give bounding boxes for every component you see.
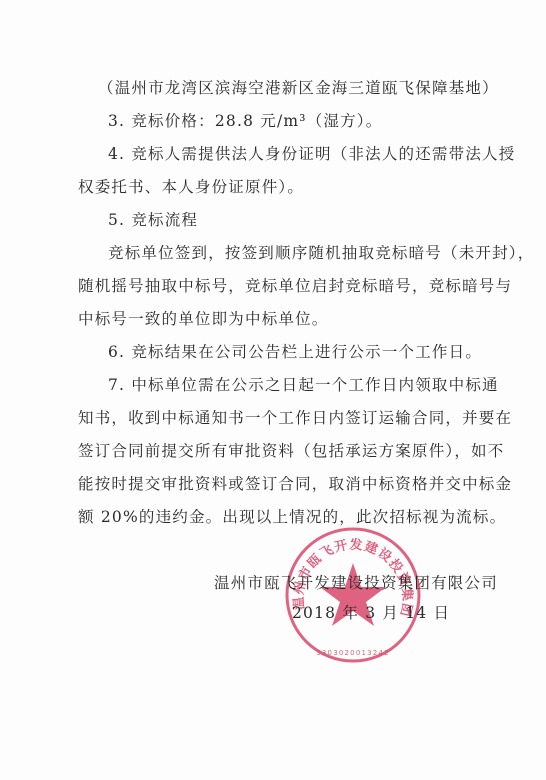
document-page: （温州市龙湾区滨海空港新区金海三道瓯飞保障基地） 3. 竞标价格：28.8 元/… [0, 0, 546, 780]
item-4-continued: 权委托书、本人身份证原件）。 [78, 175, 304, 197]
address-line: （温州市龙湾区滨海空港新区金海三道瓯飞保障基地） [98, 76, 499, 98]
item-7-text-3: 签订合同前提交所有审批资料（包括承运方案原件），如不 [78, 439, 504, 461]
signature-date: 2018 年 3 月 14 日 [292, 601, 450, 623]
item-7-text-1: 7. 中标单位需在公示之日起一个工作日内领取中标通 [108, 373, 499, 395]
svg-text:3303020013242: 3303020013242 [316, 649, 390, 657]
company-seal-icon: 温州市瓯飞开发建设投资集团有限公司 3303020013242 [283, 525, 423, 665]
item-7-text-5: 额 20%的违约金。出现以上情况的，此次招标视为流标。 [78, 505, 506, 527]
item-5-text-3: 中标号一致的单位即为中标单位。 [78, 307, 329, 329]
item-7-text-4: 能按时提交审批资料或签订合同，取消中标资格并交中标金 [78, 472, 512, 494]
item-7-text-2: 知书，收到中标通知书一个工作日内签订运输合同，并要在 [78, 406, 512, 428]
signature-company: 温州市瓯飞开发建设投资集团有限公司 [214, 571, 498, 593]
item-4-requirements: 4. 竞标人需提供法人身份证明（非法人的还需带法人授 [108, 142, 515, 164]
item-5-text-1: 竞标单位签到，按签到顺序随机抽取竞标暗号（未开封）， [108, 241, 534, 263]
item-5-text-2: 随机摇号抽取中标号，竞标单位启封竞标暗号，竞标暗号与 [78, 274, 512, 296]
item-3-price: 3. 竞标价格：28.8 元/m³（湿方）。 [108, 109, 382, 131]
item-6-results: 6. 竞标结果在公司公告栏上进行公示一个工作日。 [108, 340, 482, 362]
item-5-heading: 5. 竞标流程 [108, 208, 198, 230]
